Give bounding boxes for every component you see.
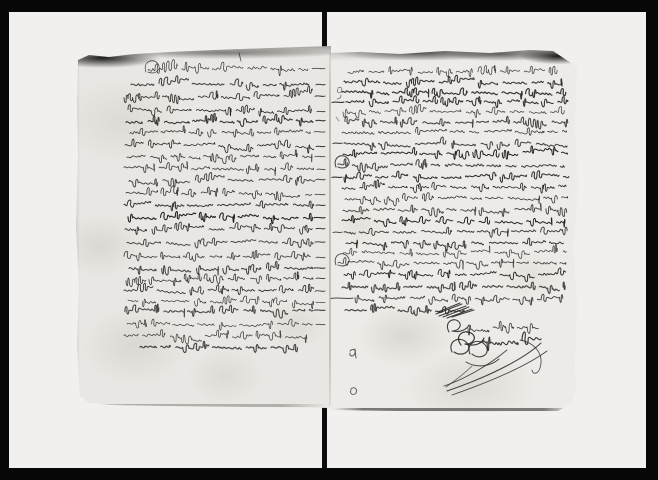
document-scan — [0, 0, 658, 480]
manuscript-page-left — [75, 46, 331, 409]
manuscript-page-right — [330, 46, 578, 412]
binding-strip-bottom — [322, 407, 327, 468]
center-fold-line — [329, 52, 331, 406]
